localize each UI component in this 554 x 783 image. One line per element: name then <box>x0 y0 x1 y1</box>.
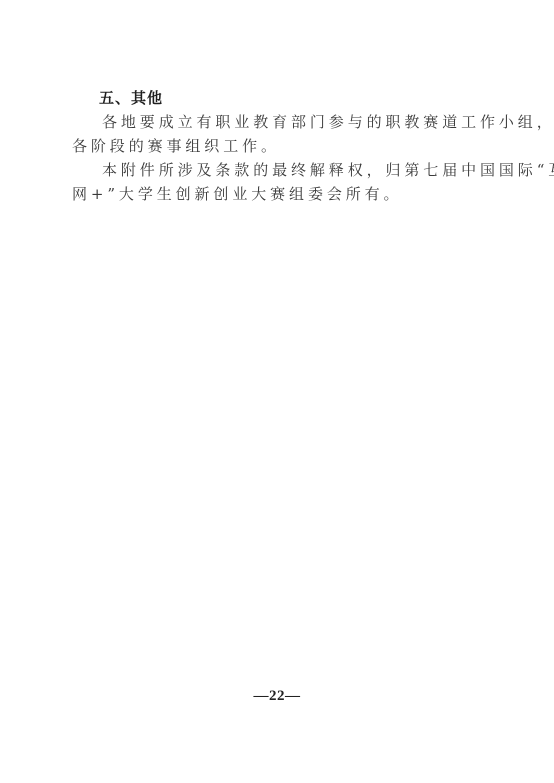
paragraph-1-line-1: 各地要成立有职业教育部门参与的职教赛道工作小组，推进 <box>102 113 554 131</box>
page-number: —22— <box>0 688 554 705</box>
paragraph-2-line-1: 本附件所涉及条款的最终解释权，归第七届中国国际“互联 <box>102 161 554 179</box>
section-heading: 五、其他 <box>99 89 163 107</box>
paragraph-1-line-2: 各阶段的赛事组织工作。 <box>72 137 280 155</box>
document-page: 五、其他 各地要成立有职业教育部门参与的职教赛道工作小组，推进 各阶段的赛事组织… <box>0 0 554 783</box>
paragraph-2-line-2: 网+”大学生创新创业大赛组委会所有。 <box>72 185 402 203</box>
